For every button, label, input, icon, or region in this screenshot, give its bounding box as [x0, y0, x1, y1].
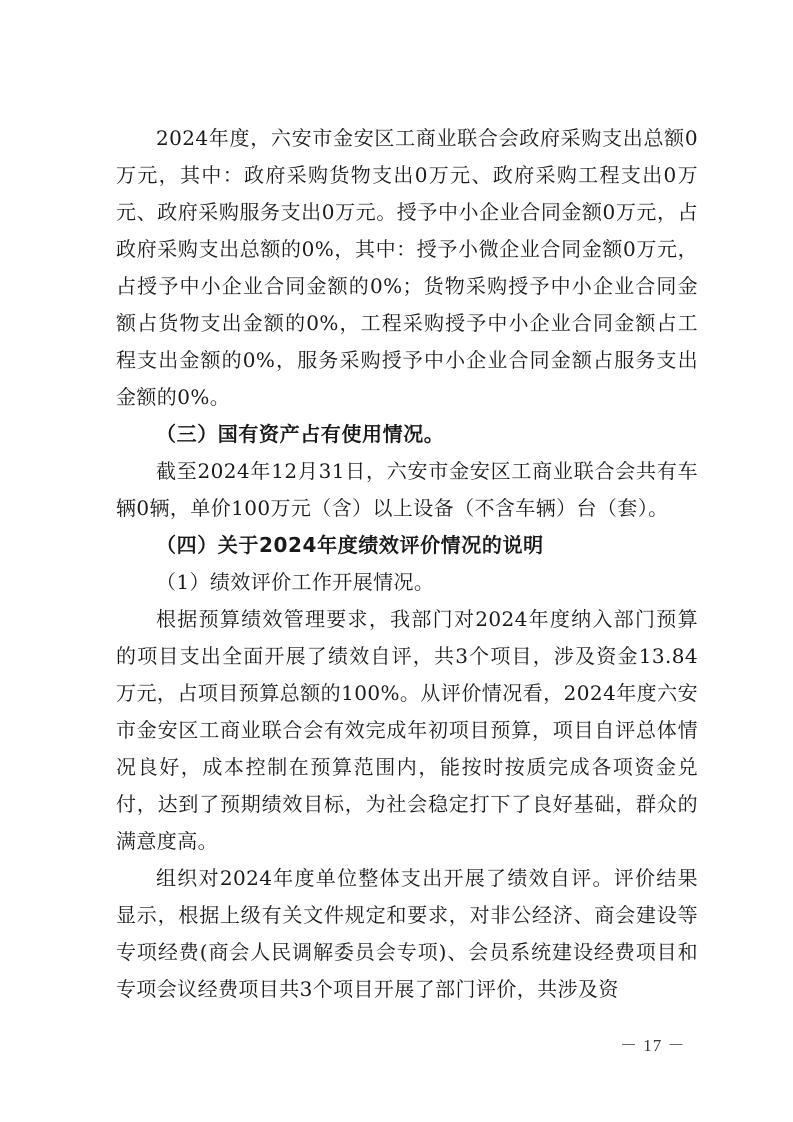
paragraph-government-procurement: 2024年度，六安市金安区工商业联合会政府采购支出总额0万元，其中：政府采购货物…	[116, 120, 698, 416]
subheading-evaluation-work: （1）绩效评价工作开展情况。	[116, 564, 698, 601]
paragraph-overall-self-evaluation: 组织对2024年度单位整体支出开展了绩效自评。评价结果显示，根据上级有关文件规定…	[116, 860, 698, 1008]
paragraph-state-assets: 截至2024年12月31日，六安市金安区工商业联合会共有车辆0辆，单价100万元…	[116, 453, 698, 527]
paragraph-project-self-evaluation: 根据预算绩效管理要求，我部门对2024年度纳入部门预算的项目支出全面开展了绩效自…	[116, 601, 698, 860]
document-page: 2024年度，六安市金安区工商业联合会政府采购支出总额0万元，其中：政府采购货物…	[116, 120, 698, 1008]
heading-performance-evaluation: （四）关于2024年度绩效评价情况的说明	[116, 527, 698, 564]
heading-state-assets: （三）国有资产占有使用情况。	[116, 416, 698, 453]
page-number: － 17 －	[620, 1031, 686, 1056]
